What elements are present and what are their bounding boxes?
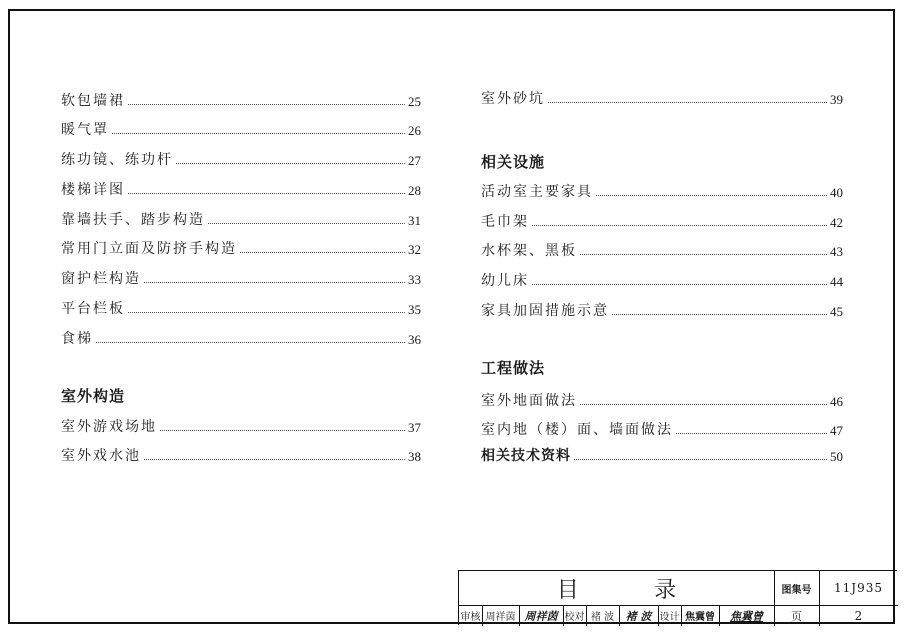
toc-entry-page: 43 xyxy=(830,244,843,260)
toc-entry[interactable]: 幼儿床 44 xyxy=(481,268,843,290)
toc-entry[interactable]: 室外砂坑 39 xyxy=(481,86,843,108)
toc-entry-label: 室外地面做法 xyxy=(481,390,577,410)
toc-entry[interactable]: 水杯架、黑板 43 xyxy=(481,238,843,260)
toc-entry-label: 毛巾架 xyxy=(481,211,529,231)
atlas-number-value: 11J935 xyxy=(819,571,898,605)
designer-signature: 焦冀曾 xyxy=(719,605,774,626)
toc-entry-label: 活动室主要家具 xyxy=(481,181,593,201)
leader-dots xyxy=(144,458,405,460)
toc-entry-page: 39 xyxy=(830,92,843,108)
title-cell: 目 录 xyxy=(459,571,774,605)
section-heading: 室外构造 xyxy=(61,385,125,406)
toc-entry[interactable]: 毛巾架 42 xyxy=(481,209,843,231)
toc-entry-page: 31 xyxy=(408,213,421,229)
toc-entry[interactable]: 相关技术资料 50 xyxy=(481,443,843,465)
toc-entry-page: 44 xyxy=(830,274,843,290)
page-label: 页 xyxy=(774,605,819,626)
toc-entry-page: 28 xyxy=(408,183,421,199)
toc-entry-page: 27 xyxy=(408,153,421,169)
toc-entry-label: 暖气罩 xyxy=(61,119,109,139)
check-label: 校对 xyxy=(563,605,586,626)
leader-dots xyxy=(612,313,827,315)
toc-entry[interactable]: 食梯 36 xyxy=(61,326,421,348)
toc-entry-label: 室外砂坑 xyxy=(481,88,545,108)
leader-dots xyxy=(596,194,827,196)
toc-entry-page: 37 xyxy=(408,420,421,436)
leader-dots xyxy=(676,432,827,434)
toc-entry-label: 水杯架、黑板 xyxy=(481,240,577,260)
toc-entry-label: 楼梯详图 xyxy=(61,179,125,199)
toc-entry-page: 35 xyxy=(408,302,421,318)
toc-entry-label: 室外戏水池 xyxy=(61,445,141,465)
toc-entry-label: 练功镜、练功杆 xyxy=(61,149,173,169)
leader-dots xyxy=(128,103,405,105)
toc-entry-page: 42 xyxy=(830,215,843,231)
leader-dots xyxy=(532,224,827,226)
toc-entry-page: 45 xyxy=(830,304,843,320)
page-number: 2 xyxy=(819,605,898,626)
toc-entry[interactable]: 软包墙裙 25 xyxy=(61,88,421,110)
leader-dots xyxy=(176,162,405,164)
reviewer-signature: 周祥茵 xyxy=(519,605,563,626)
toc-entry[interactable]: 靠墙扶手、踏步构造 31 xyxy=(61,207,421,229)
toc-entry-label: 室内地（楼）面、墙面做法 xyxy=(481,419,673,439)
toc-entry-label: 窗护栏构造 xyxy=(61,268,141,288)
toc-entry[interactable]: 室内地（楼）面、墙面做法 47 xyxy=(481,417,843,439)
toc-entry-label: 相关技术资料 xyxy=(481,445,571,465)
toc-entry[interactable]: 常用门立面及防挤手构造 32 xyxy=(61,236,421,258)
toc-entry[interactable]: 室外游戏场地 37 xyxy=(61,414,421,436)
toc-entry[interactable]: 家具加固措施示意 45 xyxy=(481,298,843,320)
toc-entry[interactable]: 窗护栏构造 33 xyxy=(61,266,421,288)
leader-dots xyxy=(208,222,405,224)
checker-signature: 褚 波 xyxy=(619,605,658,626)
toc-entry-page: 38 xyxy=(408,449,421,465)
toc-entry[interactable]: 室外戏水池 38 xyxy=(61,443,421,465)
leader-dots xyxy=(580,253,827,255)
toc-entry[interactable]: 活动室主要家具 40 xyxy=(481,179,843,201)
toc-entry-page: 25 xyxy=(408,94,421,110)
reviewer-name: 周祥茵 xyxy=(482,605,519,626)
toc-entry[interactable]: 暖气罩 26 xyxy=(61,117,421,139)
toc-entry-label: 室外游戏场地 xyxy=(61,416,157,436)
toc-entry-page: 46 xyxy=(830,394,843,410)
toc-entry-page: 50 xyxy=(830,449,843,465)
leader-dots xyxy=(144,281,405,283)
leader-dots xyxy=(96,341,405,343)
atlas-number-label: 图集号 xyxy=(774,571,819,605)
review-label: 审核 xyxy=(459,605,482,626)
leader-dots xyxy=(128,192,405,194)
toc-entry-label: 靠墙扶手、踏步构造 xyxy=(61,209,205,229)
toc-entry-page: 36 xyxy=(408,332,421,348)
leader-dots xyxy=(128,311,405,313)
toc-entry[interactable]: 室外地面做法 46 xyxy=(481,388,843,410)
leader-dots xyxy=(580,403,827,405)
toc-entry-page: 40 xyxy=(830,185,843,201)
section-heading: 相关设施 xyxy=(481,151,545,172)
leader-dots xyxy=(532,283,827,285)
toc-entry-label: 幼儿床 xyxy=(481,270,529,290)
section-heading: 工程做法 xyxy=(481,357,545,378)
leader-dots xyxy=(160,429,405,431)
toc-entry-label: 常用门立面及防挤手构造 xyxy=(61,238,237,258)
leader-dots xyxy=(240,251,405,253)
toc-entry-label: 家具加固措施示意 xyxy=(481,300,609,320)
toc-entry-label: 食梯 xyxy=(61,328,93,348)
toc-entry-page: 32 xyxy=(408,242,421,258)
title-char: 录 xyxy=(654,573,676,604)
toc-entry-page: 47 xyxy=(830,423,843,439)
toc-entry-page: 26 xyxy=(408,123,421,139)
toc-entry-label: 软包墙裙 xyxy=(61,90,125,110)
toc-entry-label: 平台栏板 xyxy=(61,298,125,318)
title-block: 目 录 图集号 11J935 审核 周祥茵 周祥茵 校对 褚 波 褚 波 设计 … xyxy=(458,570,897,625)
designer-name: 焦冀曾 xyxy=(681,605,719,626)
design-label: 设计 xyxy=(658,605,681,626)
title-char: 目 xyxy=(557,573,579,604)
checker-name: 褚 波 xyxy=(586,605,619,626)
toc-entry[interactable]: 平台栏板 35 xyxy=(61,296,421,318)
toc-entry[interactable]: 练功镜、练功杆 27 xyxy=(61,147,421,169)
leader-dots xyxy=(574,458,827,460)
toc-entry[interactable]: 楼梯详图 28 xyxy=(61,177,421,199)
toc-entry-page: 33 xyxy=(408,272,421,288)
leader-dots xyxy=(112,132,405,134)
leader-dots xyxy=(548,101,827,103)
